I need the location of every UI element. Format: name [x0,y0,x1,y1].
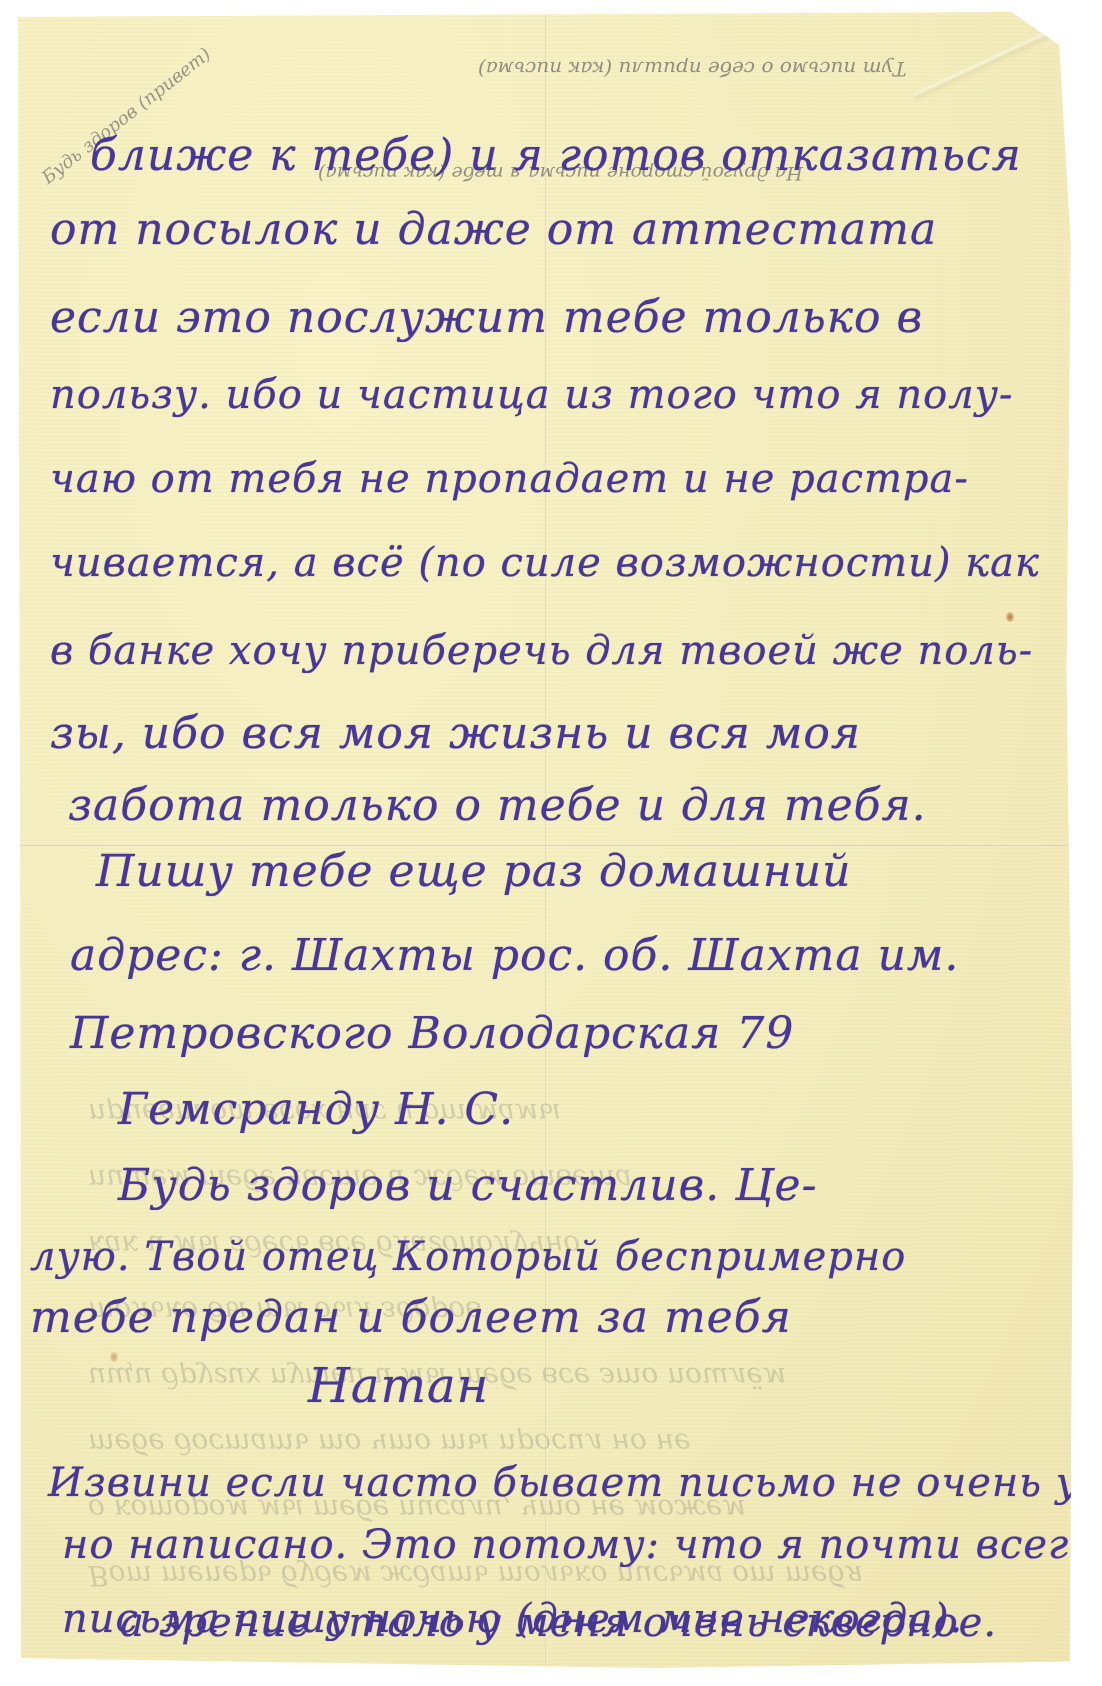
paper-stain [110,1352,118,1362]
letter-line-closing-3: тебе предан и болеет за тебя [30,1292,792,1343]
letter-line-1: ближе к тебе) и я готов отказаться [90,130,1022,181]
postscript-line-2: но написано. Это потому: что я почти все… [62,1522,1102,1568]
letter-line-4: пользу. ибо и частица из того что я полу… [50,372,1013,418]
paper-stain [1006,612,1014,622]
letter-line-closing-1: Будь здоров и счастлив. Це- [118,1160,817,1211]
letter-line-9: забота только о тебе и для тебя. [68,780,927,831]
corner-crease [915,12,1075,102]
letter-line-8: зы, ибо вся моя жизнь и вся моя [50,708,861,759]
postscript-line-4: а зрение стало у меня очень скверное. [120,1600,997,1646]
letter-line-3: если это послужит тебе только в [50,292,923,343]
signature: Натан [308,1358,489,1414]
postscript-line-1: Извини если часто бывает письмо не очень… [48,1460,1102,1506]
letter-paper: Вот теперь будем ждать только письма от … [18,12,1075,1668]
letter-line-6: чивается, а всё (по силе возможности) ка… [50,540,1040,586]
letter-line-closing-2: лую. Твой отец Который беспримерно [30,1234,906,1280]
letter-line-10: Пишу тебе еще раз домашний [96,846,851,897]
address-line-1: адрес: г. Шахты рос. об. Шахта им. [70,930,959,981]
address-line-2: Петровского Володарская 79 [70,1008,794,1059]
vertical-fold [545,12,547,1668]
pencil-note-top: Тут письмо о себе пришли (как письма) [478,57,907,81]
letter-line-2: от посылок и даже от аттестата [50,204,937,255]
letter-line-5: чаю от тебя не пропадает и не растра- [50,456,969,502]
letter-line-7: в банке хочу приберечь для твоей же поль… [50,628,1033,674]
address-recipient: Гемсранду Н. С. [118,1084,514,1135]
